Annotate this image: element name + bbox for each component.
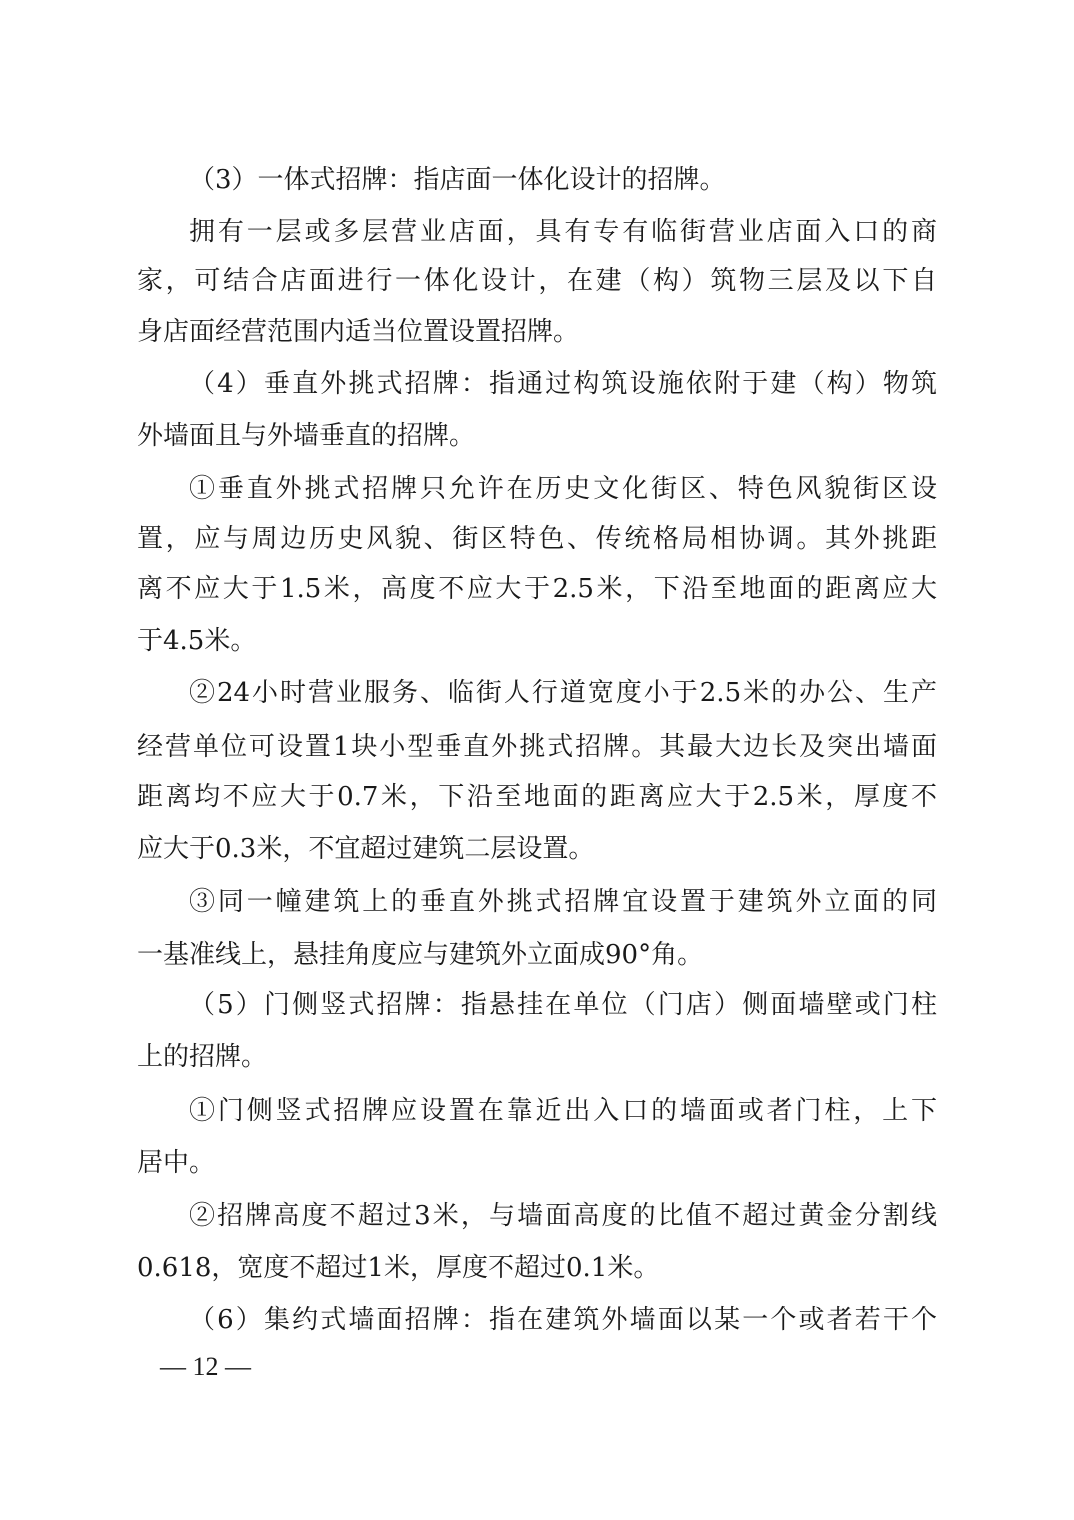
paragraph-line: （5）门侧竖式招牌：指悬挂在单位（门店）侧面墙壁或门柱 bbox=[189, 985, 937, 1025]
paragraph-line: 0.618，宽度不超过1米，厚度不超过0.1米。 bbox=[137, 1248, 937, 1288]
page-number: — 12 — bbox=[160, 1347, 251, 1387]
document-page: （3）一体式招牌：指店面一体化设计的招牌。 拥有一层或多层营业店面，具有专有临街… bbox=[0, 0, 1074, 1520]
paragraph-line: ②24小时营业服务、临街人行道宽度小于2.5米的办公、生产 bbox=[189, 673, 937, 713]
paragraph-line: 家，可结合店面进行一体化设计，在建（构）筑物三层及以下自 bbox=[137, 261, 937, 301]
paragraph-line: 拥有一层或多层营业店面，具有专有临街营业店面入口的商 bbox=[189, 212, 937, 252]
paragraph-line: ③同一幢建筑上的垂直外挑式招牌宜设置于建筑外立面的同 bbox=[189, 882, 937, 922]
paragraph-line: 距离均不应大于0.7米，下沿至地面的距离应大于2.5米，厚度不 bbox=[137, 777, 937, 817]
paragraph-line: （6）集约式墙面招牌：指在建筑外墙面以某一个或者若干个 bbox=[189, 1300, 937, 1340]
paragraph-line: （4）垂直外挑式招牌：指通过构筑设施依附于建（构）物筑 bbox=[189, 364, 937, 404]
paragraph-line: 一基准线上，悬挂角度应与建筑外立面成90°角。 bbox=[137, 935, 937, 975]
paragraph-line: 应大于0.3米，不宜超过建筑二层设置。 bbox=[137, 829, 937, 869]
paragraph-line: 居中。 bbox=[137, 1143, 937, 1183]
paragraph-line: 离不应大于1.5米，高度不应大于2.5米，下沿至地面的距离应大 bbox=[137, 569, 937, 609]
paragraph-line: ①门侧竖式招牌应设置在靠近出入口的墙面或者门柱，上下 bbox=[189, 1091, 937, 1131]
paragraph-line: 于4.5米。 bbox=[137, 621, 937, 661]
paragraph-line: （3）一体式招牌：指店面一体化设计的招牌。 bbox=[189, 160, 937, 200]
paragraph-line: ②招牌高度不超过3米，与墙面高度的比值不超过黄金分割线 bbox=[189, 1196, 937, 1236]
paragraph-line: 置，应与周边历史风貌、街区特色、传统格局相协调。其外挑距 bbox=[137, 519, 937, 559]
paragraph-line: 身店面经营范围内适当位置设置招牌。 bbox=[137, 312, 937, 352]
paragraph-line: ①垂直外挑式招牌只允许在历史文化街区、特色风貌街区设 bbox=[189, 469, 937, 509]
paragraph-line: 上的招牌。 bbox=[137, 1037, 937, 1077]
paragraph-line: 外墙面且与外墙垂直的招牌。 bbox=[137, 416, 937, 456]
paragraph-line: 经营单位可设置1块小型垂直外挑式招牌。其最大边长及突出墙面 bbox=[137, 727, 937, 767]
